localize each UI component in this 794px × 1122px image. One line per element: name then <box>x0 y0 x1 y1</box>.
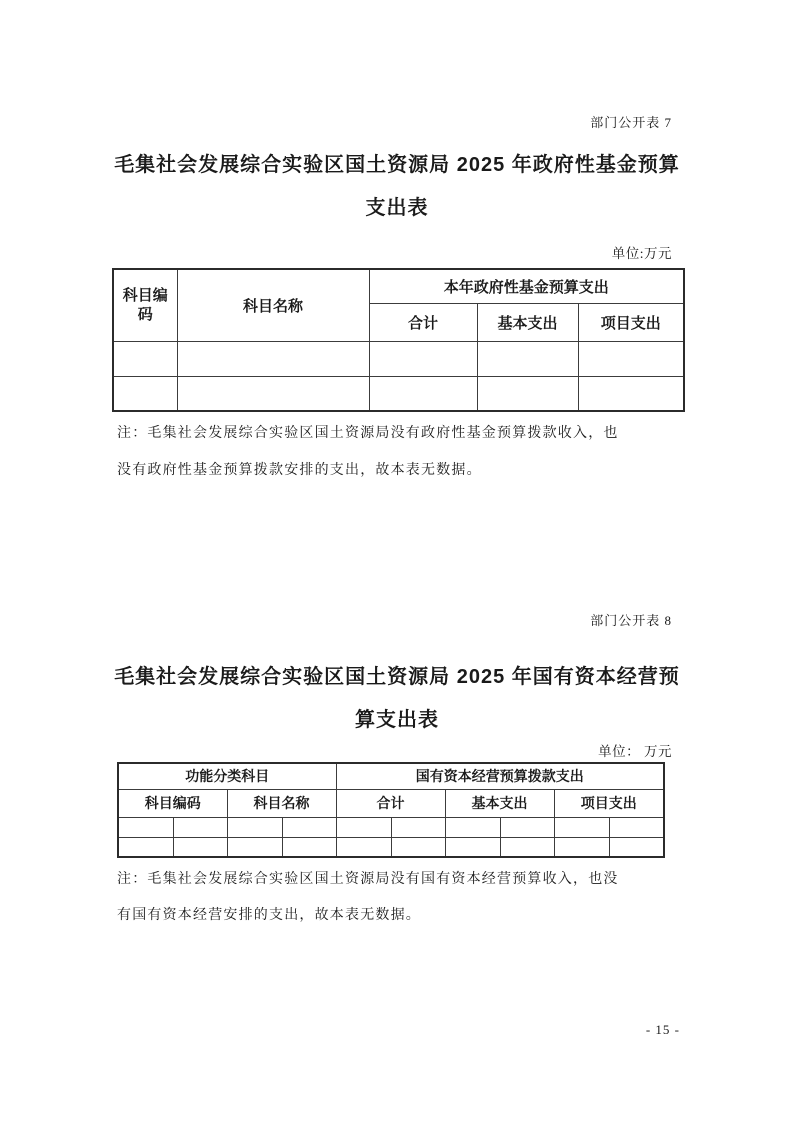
section2-note-line2: 有国有资本经营安排的支出，故本表无数据。 <box>117 906 717 926</box>
empty-cell <box>336 837 391 857</box>
table-header-row: 科目编码 科目名称 本年政府性基金预算支出 <box>113 269 684 303</box>
table-row <box>118 837 664 857</box>
empty-cell <box>227 817 282 837</box>
col-header-subject-code: 科目编码 <box>113 269 177 341</box>
col-header-subject-code: 科目编码 <box>118 789 227 817</box>
empty-cell <box>391 817 445 837</box>
section2-title-line1: 毛集社会发展综合实验区国土资源局 2025 年国有资本经营预 <box>57 662 737 692</box>
empty-cell <box>336 817 391 837</box>
section1-note-line1: 注：毛集社会发展综合实验区国土资源局没有政府性基金预算拨款收入，也 <box>117 424 717 444</box>
gov-fund-budget-table: 科目编码 科目名称 本年政府性基金预算支出 合计 基本支出 项目支出 <box>112 268 685 412</box>
col-header-basic: 基本支出 <box>445 789 554 817</box>
empty-cell <box>500 837 554 857</box>
empty-cell <box>177 376 369 411</box>
table-body <box>118 817 664 857</box>
col-header-expense-group: 国有资本经营预算拨款支出 <box>336 763 664 789</box>
empty-cell <box>173 817 227 837</box>
empty-cell <box>445 837 500 857</box>
table-header-row: 功能分类科目 国有资本经营预算拨款支出 <box>118 763 664 789</box>
section1-corner-label: 部门公开表 7 <box>112 112 672 131</box>
col-header-subject-code-label: 科目编码 <box>120 286 170 325</box>
section2-note-line1: 注：毛集社会发展综合实验区国土资源局没有国有资本经营预算收入，也没 <box>117 870 717 890</box>
table-row <box>113 376 684 411</box>
section1-note-line2: 没有政府性基金预算拨款安排的支出，故本表无数据。 <box>117 461 717 481</box>
col-header-function-group: 功能分类科目 <box>118 763 336 789</box>
col-header-group: 本年政府性基金预算支出 <box>369 269 684 303</box>
empty-cell <box>578 376 684 411</box>
empty-cell <box>173 837 227 857</box>
col-header-project: 项目支出 <box>578 303 684 341</box>
col-header-basic: 基本支出 <box>477 303 578 341</box>
section1-title-line2: 支出表 <box>57 193 737 223</box>
col-header-subject-name: 科目名称 <box>177 269 369 341</box>
section1-title-line1: 毛集社会发展综合实验区国土资源局 2025 年政府性基金预算 <box>57 150 737 180</box>
table-body <box>113 341 684 411</box>
col-header-subject-name: 科目名称 <box>227 789 336 817</box>
col-header-project: 项目支出 <box>554 789 664 817</box>
table-row <box>113 341 684 376</box>
empty-cell <box>500 817 554 837</box>
empty-cell <box>282 837 336 857</box>
empty-cell <box>369 341 477 376</box>
empty-cell <box>391 837 445 857</box>
empty-cell <box>554 837 609 857</box>
table-row <box>118 817 664 837</box>
section2-title-line2: 算支出表 <box>57 705 737 735</box>
section2-corner-label: 部门公开表 8 <box>112 610 672 629</box>
empty-cell <box>477 341 578 376</box>
col-header-total: 合计 <box>336 789 445 817</box>
empty-cell <box>609 817 664 837</box>
empty-cell <box>477 376 578 411</box>
col-header-total: 合计 <box>369 303 477 341</box>
table-subheader-row: 科目编码 科目名称 合计 基本支出 项目支出 <box>118 789 664 817</box>
empty-cell <box>227 837 282 857</box>
empty-cell <box>113 376 177 411</box>
section2-unit-label: 单位： 万元 <box>112 740 672 760</box>
empty-cell <box>554 817 609 837</box>
empty-cell <box>113 341 177 376</box>
page-number: - 15 - <box>112 1022 680 1038</box>
document-page: 部门公开表 7 毛集社会发展综合实验区国土资源局 2025 年政府性基金预算 支… <box>0 0 794 1122</box>
empty-cell <box>177 341 369 376</box>
empty-cell <box>118 817 173 837</box>
empty-cell <box>578 341 684 376</box>
state-capital-budget-table: 功能分类科目 国有资本经营预算拨款支出 科目编码 科目名称 合计 基本支出 项目… <box>117 762 665 858</box>
empty-cell <box>282 817 336 837</box>
empty-cell <box>369 376 477 411</box>
empty-cell <box>118 837 173 857</box>
empty-cell <box>445 817 500 837</box>
section1-unit-label: 单位:万元 <box>112 242 672 262</box>
empty-cell <box>609 837 664 857</box>
